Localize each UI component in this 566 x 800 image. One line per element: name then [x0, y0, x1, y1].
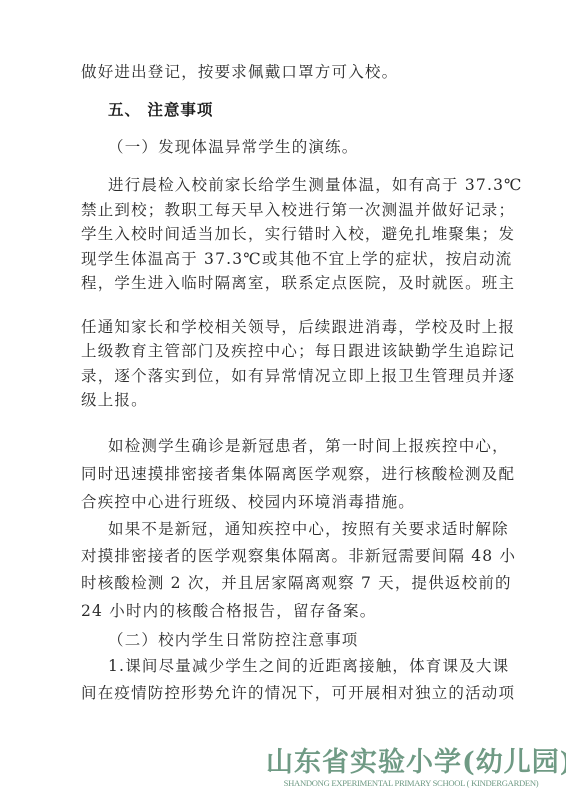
paragraph-line: 录，逐个落实到位，如有异常情况立即上报卫生管理员并逐 [81, 366, 445, 386]
paragraph-line: 间在疫情防控形势允许的情况下，可开展相对独立的活动项 [81, 683, 445, 703]
paragraph-line: 学生入校时间适当加长，实行错时入校，避免扎堆聚集；发 [81, 224, 445, 244]
subsection-heading: （一）发现体温异常学生的演练。 [108, 137, 472, 157]
school-name-en: SHANDONG EXPERIMENTAL PRIMARY SCHOOL ( K… [266, 778, 556, 789]
subsection-heading: （二）校内学生日常防控注意事项 [108, 630, 472, 650]
paragraph-line: 对摸排密接者的医学观察集体隔离。非新冠需要间隔 48 小 [81, 546, 445, 566]
paragraph-line: 24 小时内的核酸合格报告，留存备案。 [81, 601, 445, 621]
paragraph-line: 现学生体温高于 37.3℃或其他不宜上学的症状，按启动流 [81, 249, 445, 269]
document-page: 做好进出登记，按要求佩戴口罩方可入校。 五、 注意事项 （一）发现体温异常学生的… [0, 0, 566, 800]
paragraph-line: 进行晨检入校前家长给学生测量体温，如有高于 37.3℃ [108, 175, 445, 195]
paragraph-line: 禁止到校；教职工每天早入校进行第一次测温并做好记录； [81, 200, 445, 220]
paragraph-line: 1.课间尽量减少学生之间的近距离接触，体育课及大课 [108, 656, 445, 676]
paragraph-line: 做好进出登记，按要求佩戴口罩方可入校。 [81, 62, 445, 82]
paragraph-line: 任通知家长和学校相关领导，后续跟进消毒，学校及时上报 [81, 317, 445, 337]
paragraph-line: 如果不是新冠，通知疾控中心，按照有关要求适时解除 [108, 519, 445, 539]
paragraph-line: 如检测学生确诊是新冠患者，第一时间上报疾控中心， [108, 436, 445, 456]
paragraph-line: 合疾控中心进行班级、校园内环境消毒措施。 [81, 492, 445, 512]
paragraph-line: 程，学生进入临时隔离室，联系定点医院，及时就医。班主 [81, 273, 445, 293]
paragraph-line: 同时迅速摸排密接者集体隔离医学观察，进行核酸检测及配 [81, 464, 445, 484]
school-watermark: 山东省实验小学(幼儿园) SHANDONG EXPERIMENTAL PRIMA… [266, 748, 556, 789]
paragraph-line: 级上报。 [81, 390, 445, 410]
paragraph-line: 上级教育主管部门及疾控中心；每日跟进该缺勤学生追踪记 [81, 341, 445, 361]
paragraph-line: 时核酸检测 2 次，并且居家隔离观察 7 天，提供返校前的 [81, 573, 445, 593]
section-heading: 五、 注意事项 [108, 100, 472, 120]
school-name-cn: 山东省实验小学(幼儿园) [266, 748, 556, 778]
